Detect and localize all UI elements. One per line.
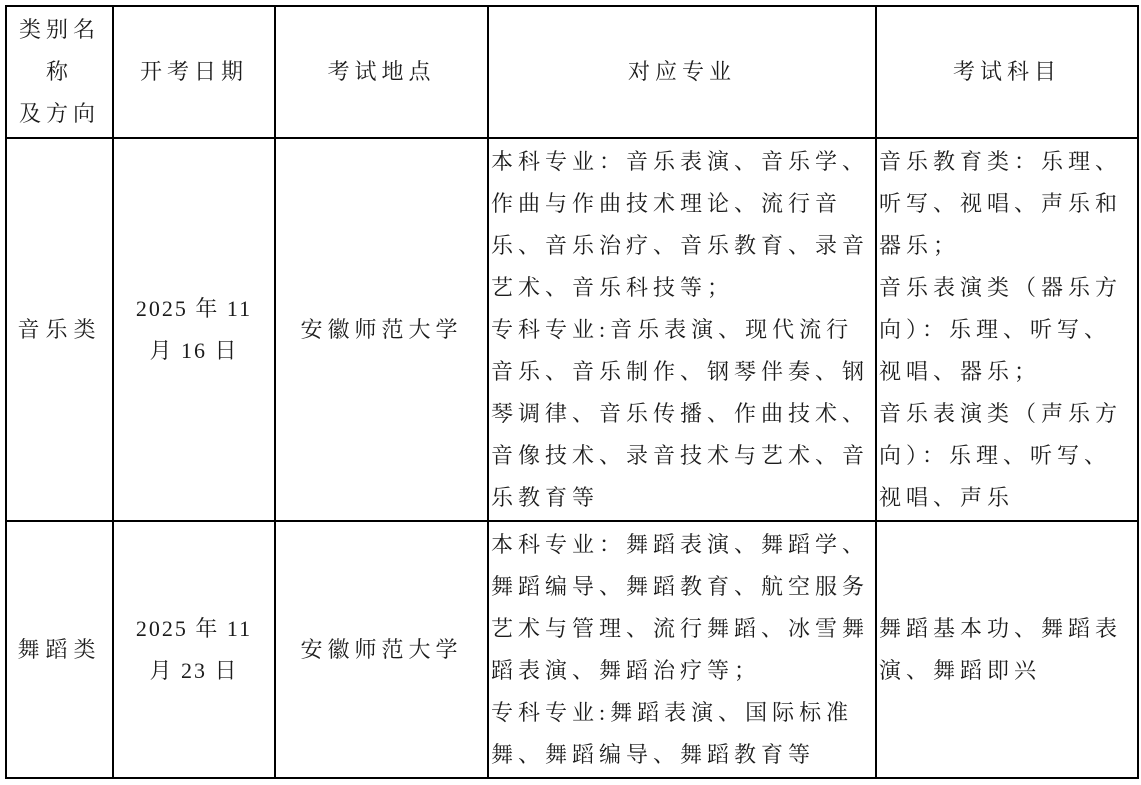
table-header-row: 类别名 称 及方向 开考日期 考试地点 对应专业 考试科目 [6,6,1138,138]
header-corresponding-majors: 对应专业 [488,6,876,138]
table-row-dance: 舞蹈类 2025 年 11 月 23 日 安徽师范大学 本科专业：舞蹈表演、舞蹈… [6,521,1138,778]
header-exam-date: 开考日期 [113,6,275,138]
music-location-cell: 安徽师范大学 [275,138,488,521]
table-row-music: 音乐类 2025 年 11 月 16 日 安徽师范大学 本科专业：音乐表演、音乐… [6,138,1138,521]
dance-location-cell: 安徽师范大学 [275,521,488,778]
header-exam-subjects: 考试科目 [876,6,1138,138]
music-subjects-cell: 音乐教育类：乐理、 听写、视唱、声乐和 器乐； 音乐表演类（器乐方 向）：乐理、… [876,138,1138,521]
dance-majors-cell: 本科专业：舞蹈表演、舞蹈学、 舞蹈编导、舞蹈教育、航空服务 艺术与管理、流行舞蹈… [488,521,876,778]
exam-schedule-table: 类别名 称 及方向 开考日期 考试地点 对应专业 考试科目 音乐类 2025 年… [5,5,1139,779]
header-category: 类别名 称 及方向 [6,6,113,138]
music-category-cell: 音乐类 [6,138,113,521]
dance-category-cell: 舞蹈类 [6,521,113,778]
music-date-cell: 2025 年 11 月 16 日 [113,138,275,521]
music-majors-cell: 本科专业：音乐表演、音乐学、 作曲与作曲技术理论、流行音 乐、音乐治疗、音乐教育… [488,138,876,521]
dance-date-cell: 2025 年 11 月 23 日 [113,521,275,778]
dance-subjects-cell: 舞蹈基本功、舞蹈表 演、舞蹈即兴 [876,521,1138,778]
header-exam-location: 考试地点 [275,6,488,138]
document-page: 类别名 称 及方向 开考日期 考试地点 对应专业 考试科目 音乐类 2025 年… [0,0,1141,785]
